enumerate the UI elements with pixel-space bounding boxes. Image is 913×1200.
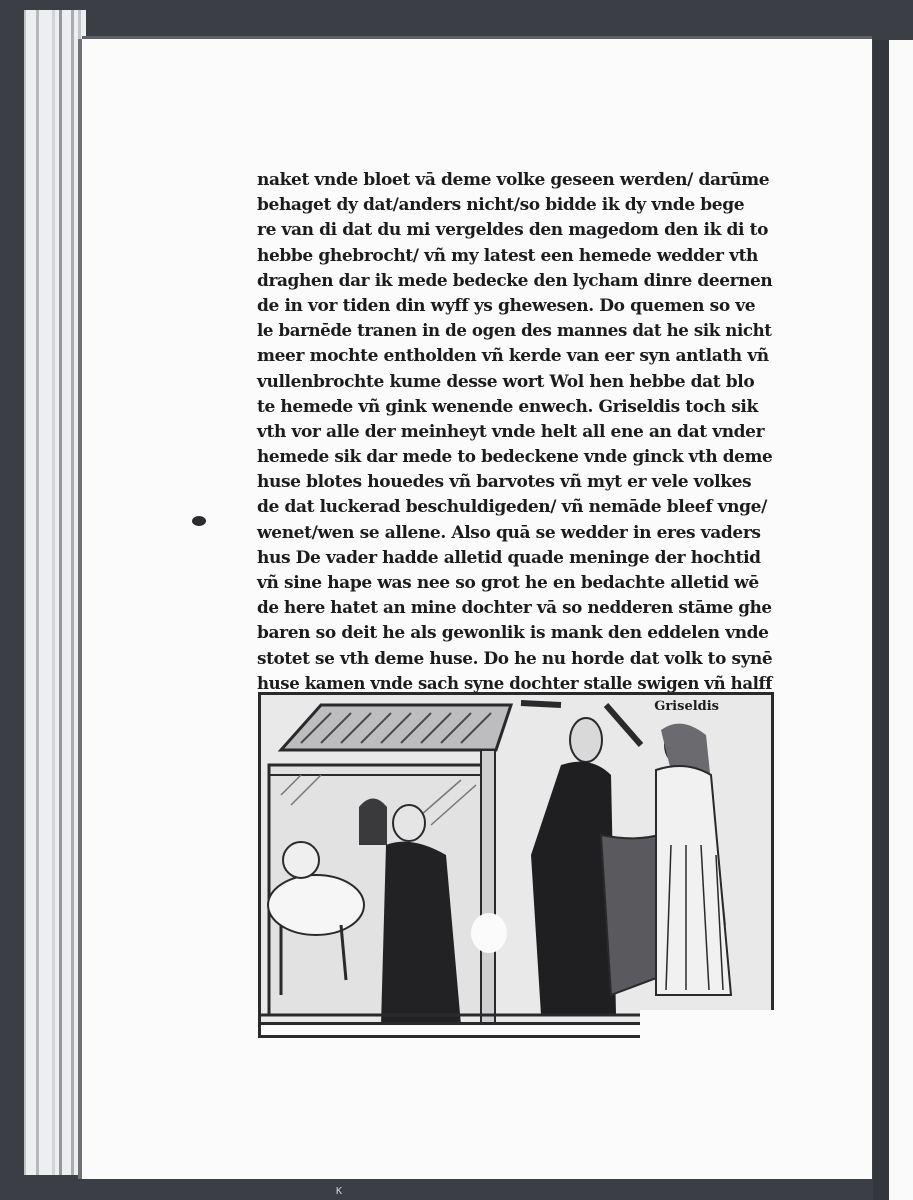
right-book-edge bbox=[873, 40, 913, 1200]
text-line: hus De vader hadde alletid quade meninge… bbox=[257, 546, 772, 571]
page-edge bbox=[52, 10, 55, 1175]
text-line: te hemede vñ gink wenende enwech. Grisel… bbox=[257, 395, 772, 420]
ink-blot bbox=[192, 516, 206, 526]
page-stack-edges bbox=[24, 10, 86, 1175]
text-line: meer mochte entholden vñ kerde van eer s… bbox=[257, 344, 772, 369]
woodcut-illustration: Griseldis bbox=[258, 692, 774, 1038]
text-line: wenet/wen se allene. Also quā se wedder … bbox=[257, 521, 772, 546]
text-line: huse blotes houedes vñ barvotes vñ myt e… bbox=[257, 470, 772, 495]
woodcut-cutout bbox=[640, 1010, 775, 1050]
woodcut-caption-label: Griseldis bbox=[654, 699, 719, 714]
text-line: de here hatet an mine dochter vā so nedd… bbox=[257, 596, 764, 621]
text-line: hemede sik dar mede to bedeckene vnde gi… bbox=[257, 445, 768, 470]
body-text: naket vnde bloet vā deme volke geseen we… bbox=[257, 168, 777, 697]
text-line: le barnēde tranen in de ogen des mannes … bbox=[257, 319, 759, 344]
page-edge bbox=[71, 10, 74, 1175]
text-line: de in vor tiden din wyff ys ghewesen. Do… bbox=[257, 294, 772, 319]
text-line: de dat luckerad beschuldigeden/ vñ nemād… bbox=[257, 495, 772, 520]
text-line: vñ sine hape was nee so grot he en bedac… bbox=[257, 571, 772, 596]
page-edge bbox=[59, 10, 62, 1175]
text-line: naket vnde bloet vā deme volke geseen we… bbox=[257, 168, 772, 193]
woodcut-scene-icon bbox=[261, 695, 771, 1035]
text-line: re van di dat du mi vergeldes den magedo… bbox=[257, 218, 772, 243]
page-edge bbox=[36, 10, 39, 1175]
text-line: vullenbrochte kume desse wort Wol hen he… bbox=[257, 370, 772, 395]
text-line: draghen dar ik mede bedecke den lycham d… bbox=[257, 269, 769, 294]
text-line: hebbe ghebrocht/ vñ my latest een hemede… bbox=[257, 244, 772, 269]
text-line: vth vor alle der meinheyt vnde helt all … bbox=[257, 420, 772, 445]
text-line: baren so deit he als gewonlik is mank de… bbox=[257, 621, 772, 646]
text-line: stotet se vth deme huse. Do he nu horde … bbox=[257, 647, 768, 672]
binding-shadow bbox=[873, 40, 889, 1200]
scan-mark: K bbox=[336, 1186, 342, 1197]
text-line: behaget dy dat/anders nicht/so bidde ik … bbox=[257, 193, 772, 218]
